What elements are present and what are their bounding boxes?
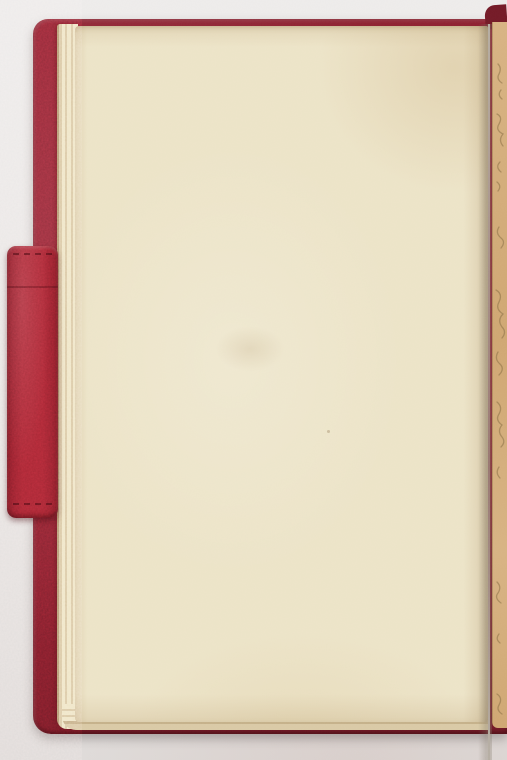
handwriting-marks — [492, 22, 507, 728]
strap-seam — [7, 286, 58, 288]
page-smudge — [215, 326, 285, 372]
page-edge-line — [488, 24, 490, 760]
page-speck — [327, 430, 330, 433]
blank-page — [75, 26, 488, 722]
strap-stitching-top — [13, 253, 52, 255]
photo-open-notebook — [0, 0, 507, 760]
adjacent-page — [492, 22, 507, 728]
strap-stitching-bottom — [13, 503, 52, 505]
pen-loop-strap — [7, 246, 58, 518]
